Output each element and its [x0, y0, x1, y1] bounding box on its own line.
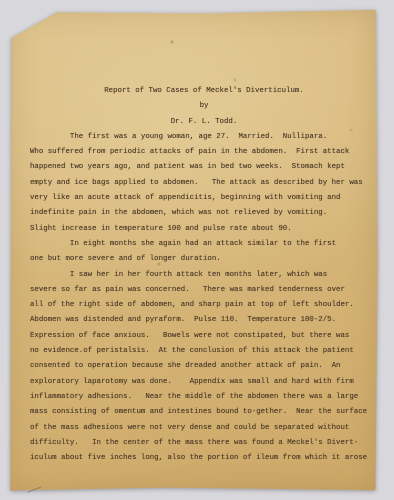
typed-line: severe so far as pain was concerned. The…: [30, 283, 378, 298]
typed-line: of the mass adhesions were not very dens…: [30, 421, 378, 436]
typed-line: happened two years ago, and patient was …: [30, 160, 378, 175]
typed-text-block: Report of Two Cases of Meckel's Divertic…: [30, 84, 378, 466]
typed-line: Abdomen was distended and pyraform. Puls…: [30, 313, 378, 328]
typed-line: I saw her in her fourth attack ten month…: [30, 268, 378, 283]
doc-author: Dr. F. L. Todd.: [30, 115, 378, 130]
typed-line: very like an acute attack of appendiciti…: [30, 191, 378, 206]
typed-line: consented to operation because she dread…: [30, 359, 378, 374]
doc-byline: by: [30, 99, 378, 114]
doc-title: Report of Two Cases of Meckel's Divertic…: [30, 84, 378, 99]
typed-line: inflammatory adhesions. Near the middle …: [30, 390, 378, 405]
typed-line: exploratory laparotomy was done. Appendi…: [30, 375, 378, 390]
typed-line: indefinite pain in the abdomen, which wa…: [30, 206, 378, 221]
typed-line: empty and ice bags applied to abdomen. T…: [30, 176, 378, 191]
typed-line: one but more severe and of longer durati…: [30, 252, 378, 267]
typed-line: In eight months she again had an attack …: [30, 237, 378, 252]
typed-line: Slight increase in temperature 100 and p…: [30, 222, 378, 237]
typed-line: Expression of face anxious. Bowels were …: [30, 329, 378, 344]
photo-background: { "page": { "background_color": "#d8d7db…: [0, 0, 394, 500]
typed-line: difficulty. In the center of the mass th…: [30, 436, 378, 451]
typed-line: mass consisting of omentum and intestine…: [30, 405, 378, 420]
typed-line: Who suffered from periodic attacks of pa…: [30, 145, 378, 160]
typed-line: The first was a young woman, age 27. Mar…: [30, 130, 378, 145]
typed-line: all of the right side of abdomen, and sh…: [30, 298, 378, 313]
typed-line: no evidence.of peristalsis. At the concl…: [30, 344, 378, 359]
typed-line: iculum about five inches long, also the …: [30, 451, 378, 466]
